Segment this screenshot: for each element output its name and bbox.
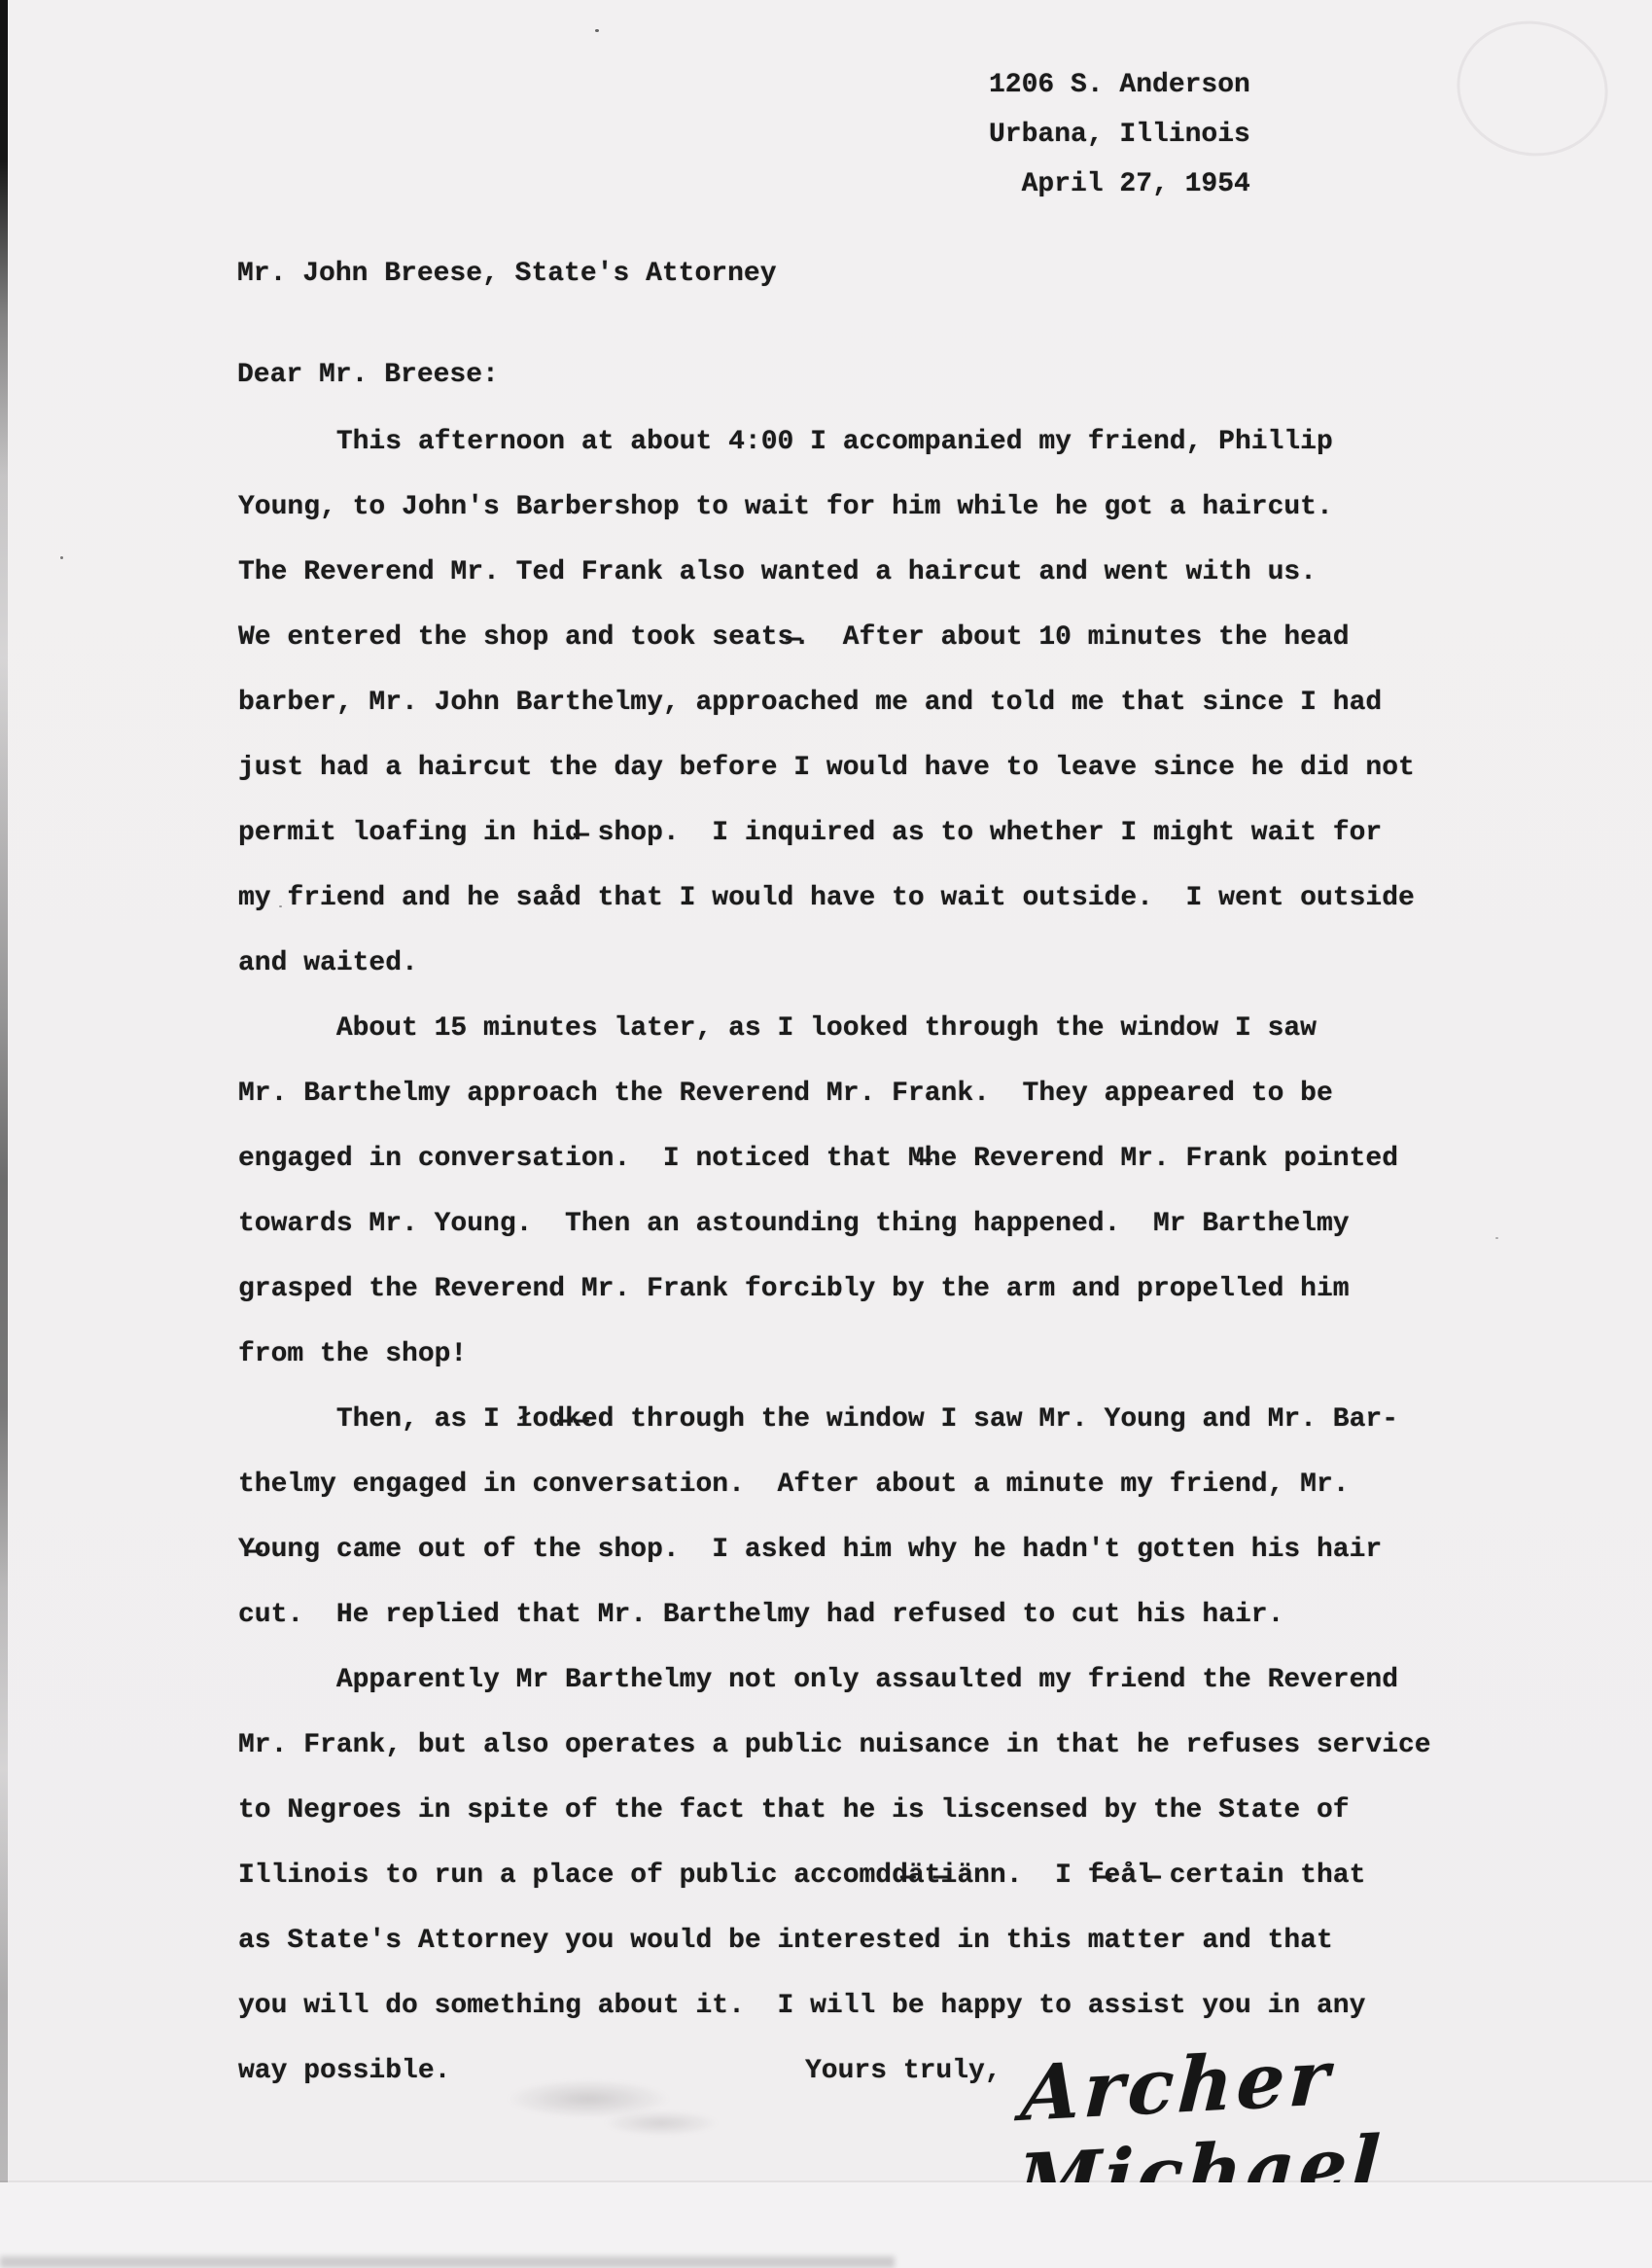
scan-left-edge-artifact [0, 0, 8, 2268]
scan-bottom-edge-streak [0, 2256, 895, 2268]
scan-bottom-area [0, 2182, 1652, 2268]
scan-fold-line [0, 2180, 1652, 2182]
closing-line: Yours truly, [805, 2038, 1002, 2104]
dust-speck [60, 556, 63, 559]
recipient-line: Mr. John Breese, State's Attorney [237, 258, 777, 291]
letter-body: This afternoon at about 4:00 I accompani… [238, 409, 1473, 2104]
dust-speck [1495, 1237, 1498, 1239]
sender-address-block: 1206 S. Anderson Urbana, Illinois April … [989, 60, 1250, 209]
pencil-smudge [603, 2110, 720, 2136]
dust-speck [595, 29, 599, 32]
embossed-seal-mark [1444, 7, 1620, 169]
dust-speck [279, 905, 282, 907]
scanned-letter-page: 1206 S. Anderson Urbana, Illinois April … [0, 0, 1652, 2268]
salutation-line: Dear Mr. Breese: [237, 359, 499, 392]
